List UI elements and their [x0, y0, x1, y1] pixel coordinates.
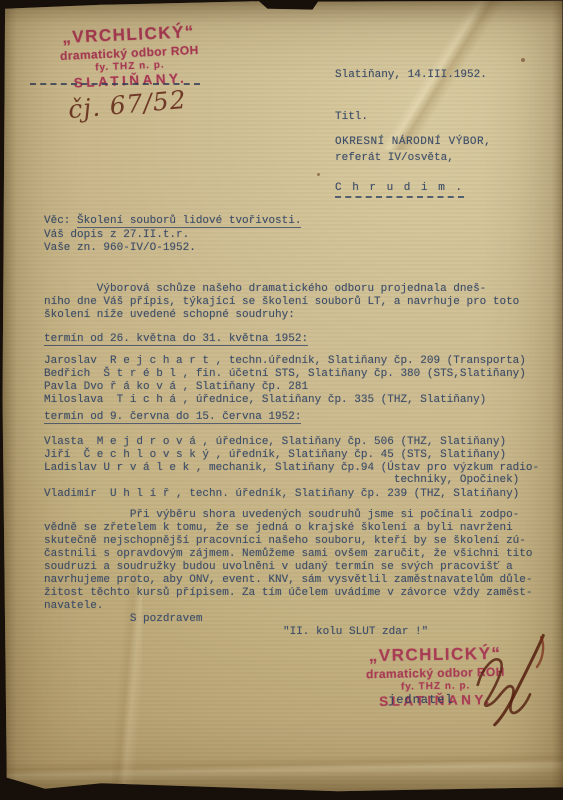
name-line: Vlasta M e j d r o v á , úřednice, Slati… [44, 436, 506, 448]
recipient-name: OKRESNÍ NÁRODNÍ VÝBOR, [335, 136, 491, 148]
body-line: častnili s opravdovým zájmem. Nemůžeme s… [44, 548, 532, 560]
letterhead-stamp: „VRCHLICKÝ“ dramatický odbor ROH fy. THZ… [41, 21, 219, 92]
paper-speck [317, 173, 320, 176]
paper-sheet: „VRCHLICKÝ“ dramatický odbor ROH fy. THZ… [0, 0, 563, 800]
recipient-city-text: C h r u d i m . [335, 182, 464, 198]
name-line: techniky, Opočinek) [44, 474, 519, 486]
subject-line: Věc: Školení souborů lidové tvořivosti. [44, 215, 301, 227]
subject-label: Věc: [44, 215, 77, 227]
term1-heading: termín od 26. května do 31. května 1952: [44, 333, 308, 345]
body-line: navatele. [44, 600, 103, 612]
paper-crease-bottom [0, 736, 563, 796]
term1-heading-text: termín od 26. května do 31. května 1952: [44, 333, 308, 346]
body-line: Při výběru shora uvedených soudruhů jsme… [44, 509, 519, 521]
subject-value: Školení souborů lidové tvořivosti. [77, 215, 301, 228]
salutation: Titl. [335, 111, 368, 123]
paper-speck [521, 58, 525, 62]
body-line: Výborová schůze našeho dramatického odbo… [44, 283, 486, 295]
name-line: Jaroslav R e j c h a r t , techn.úředník… [44, 355, 526, 367]
body-line: žitost těchto kursů přípisem. Za tím úče… [44, 587, 532, 599]
name-line: Ladislav U r v á l e k , mechanik, Slati… [44, 462, 539, 474]
handwritten-ref-number: čj. 67/52 [67, 85, 188, 124]
body-line: skutečně nejschopnější pracovníci našeho… [44, 535, 526, 547]
name-line: Jiří Č e c h l o v s k ý , úředník, Slat… [44, 449, 506, 461]
name-line: Miloslava T i c h á , úřednice, Slatiňan… [44, 394, 486, 406]
name-line: Bedřich Š t r é b l , fin. účetní STS, S… [44, 368, 526, 380]
scanned-letter: „VRCHLICKÝ“ dramatický odbor ROH fy. THZ… [0, 0, 563, 800]
body-line: vědně se zřetelem k tomu, že se jedná o … [44, 522, 513, 534]
name-line: Pavla Dvo ř á ko v á , Slatiňany čp. 281 [44, 381, 308, 393]
recipient-city-line: C h r u d i m . [335, 182, 464, 198]
your-letter-line: Váš dopis z 27.II.t.r. [44, 229, 189, 241]
scan-artifact [268, 0, 314, 8]
body-line: soudruzi a soudružky budou uvolněni v ud… [44, 561, 513, 573]
body-line: navrhujeme proto, aby ONV, event. KNV, s… [44, 574, 532, 586]
recipient-department: referát IV/osvěta, [335, 152, 454, 164]
date-line: Slatiňany, 14.III.1952. [335, 69, 487, 81]
body-line: školení níže uvedené schopné soudruhy: [44, 309, 295, 321]
name-line: Vladimír U h l í ř , techn. úředník, Sla… [44, 488, 519, 500]
signer-title: jednatel [388, 693, 454, 707]
your-ref-line: Vaše zn. 960-IV/O-1952. [44, 242, 196, 254]
paper-crease-left [112, 570, 142, 800]
term2-heading-text: termín od 9. června do 15. června 1952: [44, 411, 301, 424]
handwritten-signature [446, 620, 563, 747]
term2-heading: termín od 9. června do 15. června 1952: [44, 411, 301, 423]
slogan-line: "II. kolu SLUT zdar !" [283, 626, 428, 638]
closing-line: S pozdravem [44, 613, 202, 625]
dashed-rule [30, 83, 200, 85]
body-line: ního dne Váš přípis, týkající se školení… [44, 296, 519, 308]
